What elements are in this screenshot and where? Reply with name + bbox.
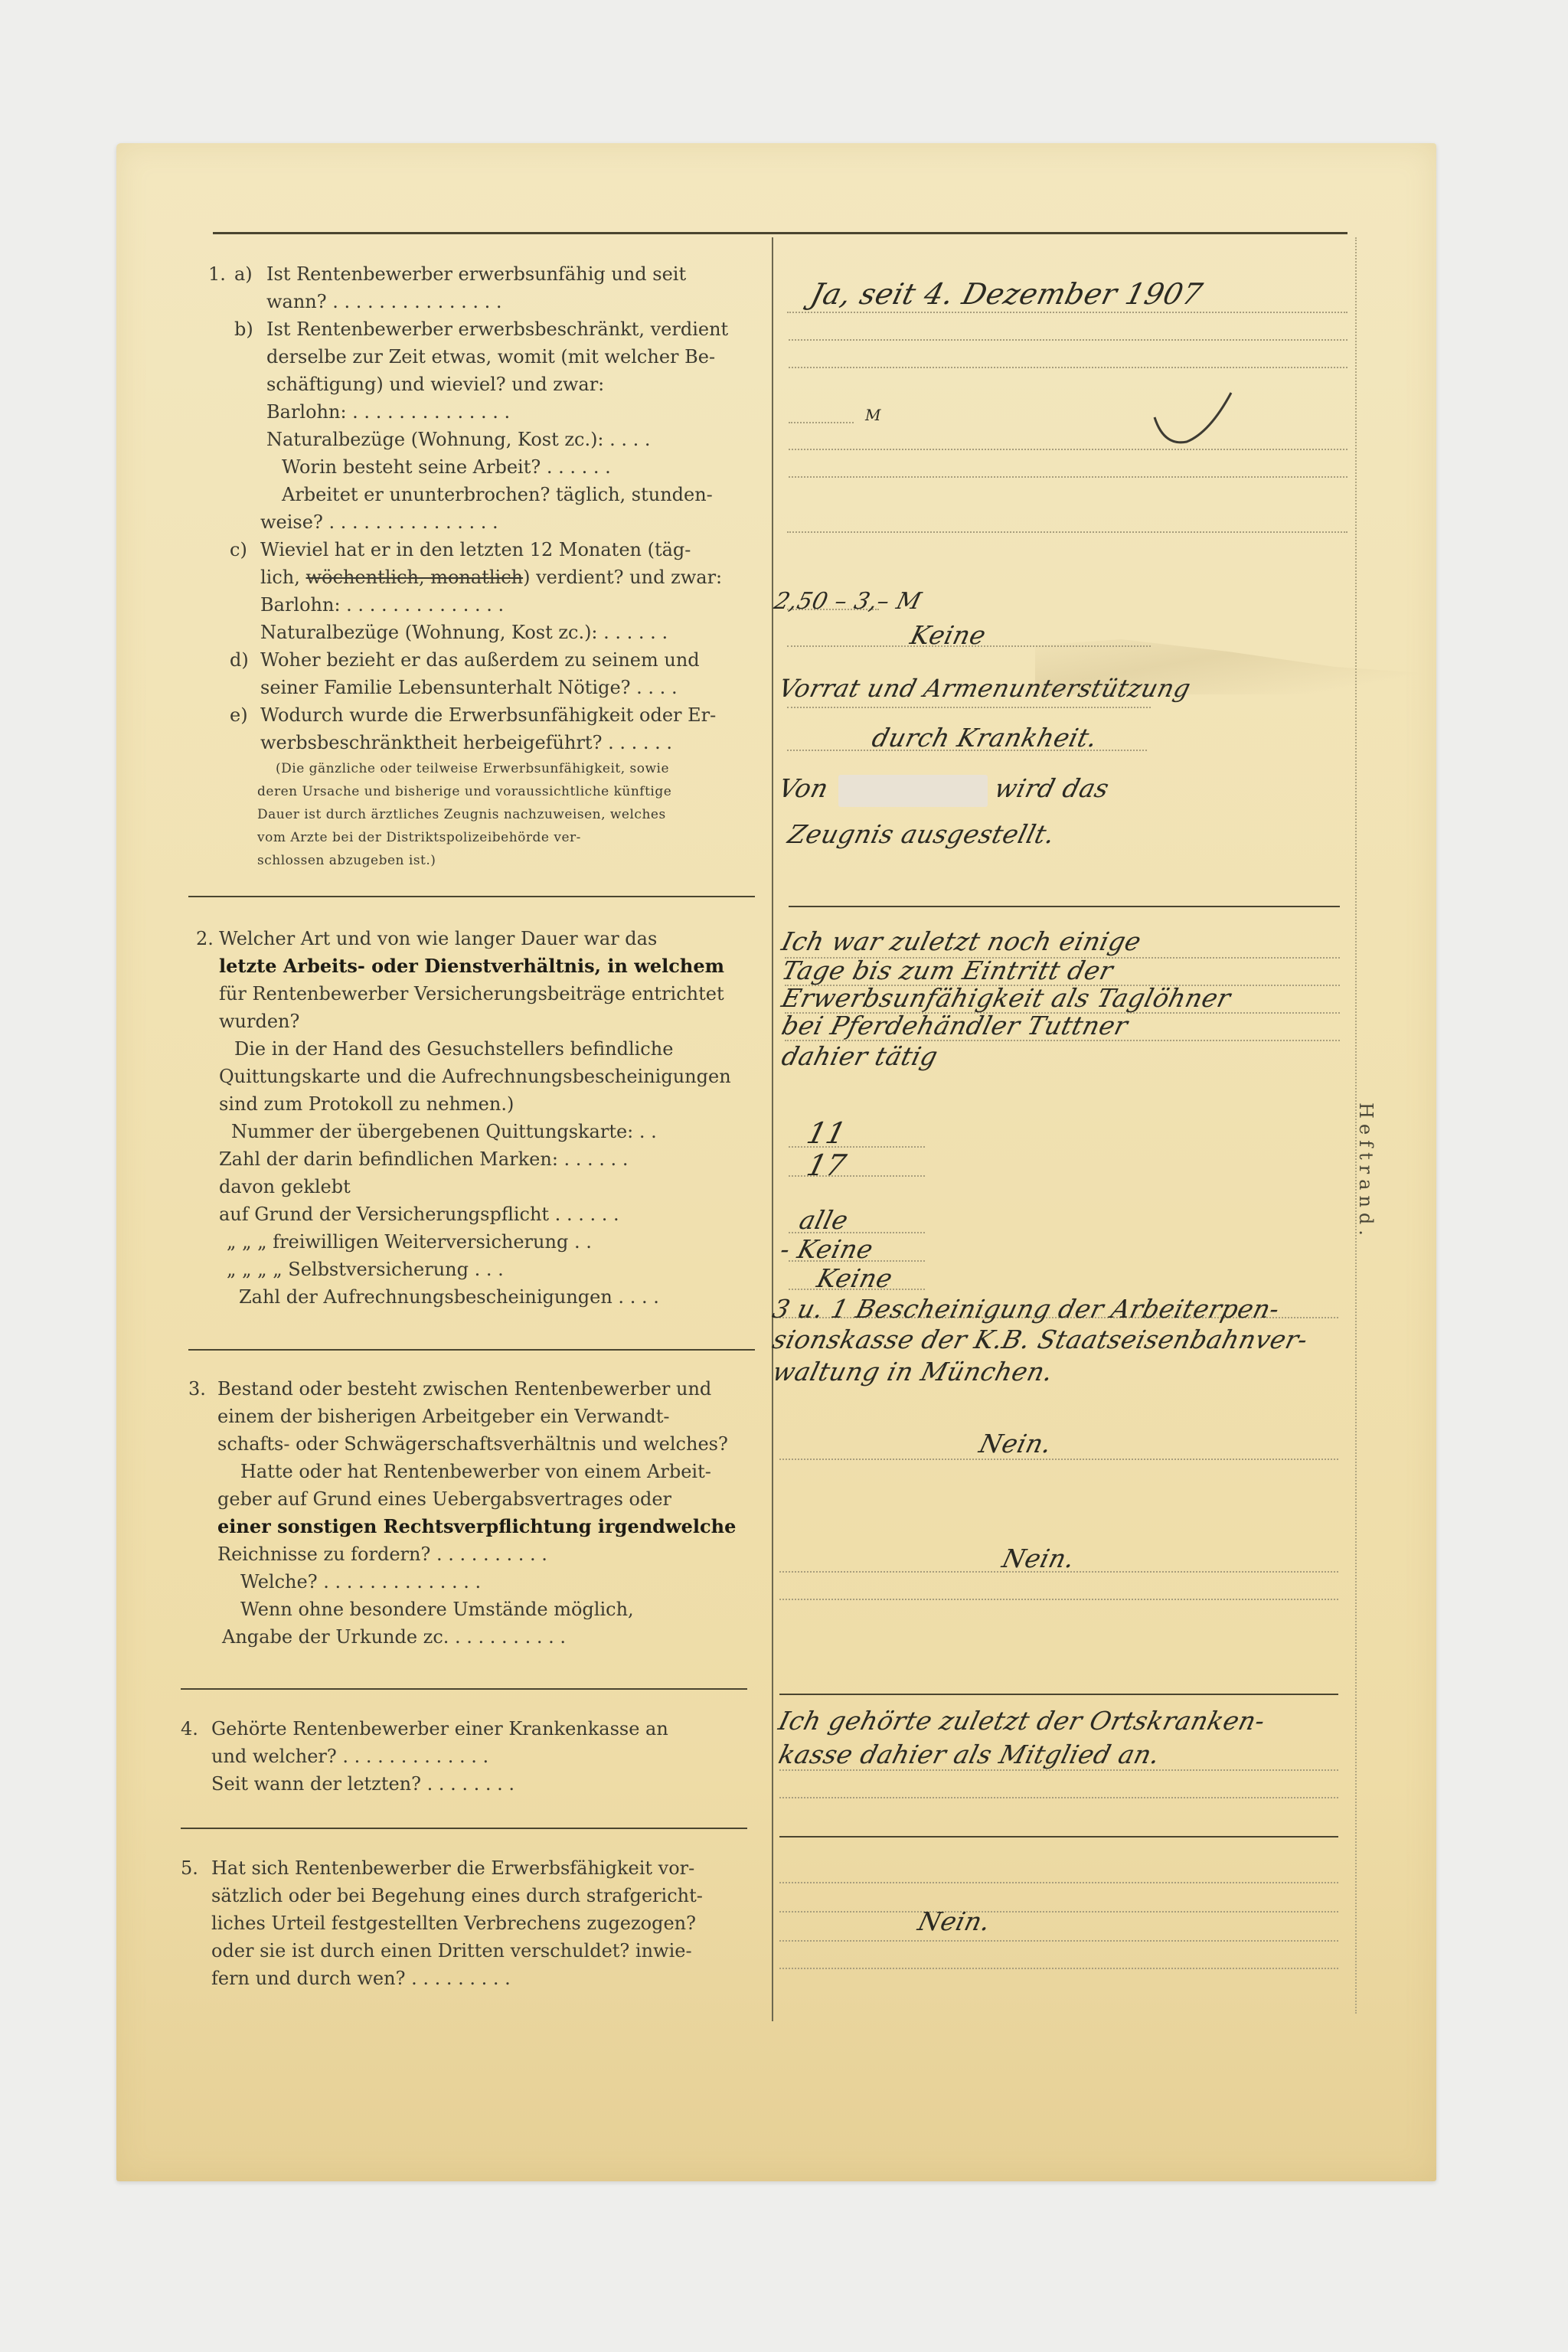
q1c-line-2: lich, wöchentlich, monatlich) verdient? … <box>260 563 722 592</box>
answer-2-certificates-3: waltung in München. <box>769 1357 1057 1387</box>
question-number: 2. <box>196 925 214 953</box>
q3-line-4: Hatte oder hat Rentenbewerber von einem … <box>240 1458 711 1486</box>
question-number: 5. <box>181 1854 198 1883</box>
q1c-line-1: Wieviel hat er in den letzten 12 Monaten… <box>260 536 691 564</box>
q1e-line-1: Wodurch wurde die Erwerbsunfähigkeit ode… <box>260 701 716 730</box>
answer-line <box>779 1911 1338 1913</box>
question-number: 4. <box>181 1715 198 1743</box>
q2-line-2: letzte Arbeits- oder Dienstverhältnis, i… <box>219 952 724 981</box>
q4-line-2: und welcher? . . . . . . . . . . . . . <box>211 1743 488 1771</box>
q2-line-3: für Rentenbewerber Versicherungsbeiträge… <box>219 980 724 1008</box>
answer-1b-currency: M <box>865 406 880 424</box>
answer-line <box>789 449 1347 450</box>
answer-1e-prefix: Von <box>776 773 831 803</box>
answer-2-employment-3: Erwerbsunfähigkeit als Taglöhner <box>779 983 1234 1013</box>
q3-line-5: geber auf Grund eines Uebergabsvertrages… <box>217 1485 671 1514</box>
section-divider-4-right <box>779 1836 1338 1837</box>
section-divider-4-left <box>181 1828 747 1829</box>
q3-line-2: einem der bisherigen Arbeitgeber ein Ver… <box>217 1403 670 1431</box>
top-rule <box>213 232 1347 234</box>
answer-line <box>779 1940 1338 1942</box>
q1b-line-2: derselbe zur Zeit etwas, womit (mit welc… <box>266 343 715 371</box>
part-label-e: e) <box>230 701 248 730</box>
q5-line-1: Hat sich Rentenbewerber die Erwerbsfähig… <box>211 1854 694 1883</box>
q3-line-7: Reichnisse zu fordern? . . . . . . . . .… <box>217 1540 547 1569</box>
answer-2-self-insurance: Keine <box>814 1263 896 1293</box>
answer-1e-suffix: wird das <box>991 773 1112 803</box>
q3-line-9: Wenn ohne besondere Umstände möglich, <box>240 1596 634 1624</box>
answer-line <box>789 476 1347 478</box>
answer-line <box>779 1459 1338 1460</box>
q5-line-2: sätzlich oder bei Begehung eines durch s… <box>211 1882 703 1910</box>
answer-2-certificates-1: 3 u. 1 Bescheinigung der Arbeiterpen- <box>769 1294 1282 1324</box>
q1b-line-5: Naturalbezüge (Wohnung, Kost zc.): . . .… <box>266 426 651 454</box>
answer-1c-barlohn: 2,50 – 3,– M <box>772 588 924 615</box>
answer-line <box>779 1968 1338 1969</box>
q3-line-10: Angabe der Urkunde zc. . . . . . . . . .… <box>222 1623 566 1651</box>
q1a-line-1: Ist Rentenbewerber erwerbsunfähig und se… <box>266 260 686 289</box>
part-label-d: d) <box>230 646 249 675</box>
section-divider-1-left <box>188 896 755 897</box>
section-divider-3-left <box>181 1688 747 1690</box>
q2-line-13: „ „ „ „ Selbstversicherung . . . <box>227 1256 504 1284</box>
answer-2-employment-1: Ich war zuletzt noch einige <box>779 926 1145 956</box>
answer-line <box>787 312 1347 313</box>
section-divider-3-right <box>779 1694 1338 1695</box>
answer-line <box>779 1882 1338 1883</box>
q1b-line-3: schäftigung) und wieviel? und zwar: <box>266 371 604 399</box>
q2-line-7: sind zum Protokoll zu nehmen.) <box>219 1090 514 1119</box>
q1b-line-7: Arbeitet er ununterbrochen? täglich, stu… <box>282 481 713 509</box>
binding-margin-label: Heftrand. <box>1355 1102 1377 1241</box>
answer-line <box>779 1769 1338 1771</box>
answer-line <box>787 531 1347 533</box>
q3-line-6: einer sonstigen Rechtsverpflichtung irge… <box>217 1513 736 1541</box>
answer-2-compulsory: alle <box>796 1205 851 1235</box>
q5-line-3: liches Urteil festgestellten Verbrechens… <box>211 1909 696 1938</box>
redacted-name <box>838 775 988 807</box>
q2-line-14: Zahl der Aufrechnungsbescheinigungen . .… <box>239 1283 659 1312</box>
q1b-line-6: Worin besteht seine Arbeit? . . . . . . <box>282 453 611 482</box>
answer-line <box>789 367 1347 368</box>
checkmark-icon <box>1148 387 1240 448</box>
q1d-line-1: Woher bezieht er das außerdem zu seinem … <box>260 646 700 675</box>
q1e-line-2: werbsbeschränktheit herbeigeführt? . . .… <box>260 729 672 757</box>
q1a-line-2: wann? . . . . . . . . . . . . . . . <box>266 288 502 316</box>
answer-1d: Vorrat und Armenunterstützung <box>776 674 1194 703</box>
q2-line-5: Die in der Hand des Gesuchstellers befin… <box>234 1035 673 1063</box>
answer-2-certificates-2: sionskasse der K.B. Staatseisenbahnver- <box>769 1325 1311 1354</box>
answer-4-line-2: kasse dahier als Mitglied an. <box>776 1739 1163 1769</box>
part-label-b: b) <box>234 315 253 344</box>
answer-1c-natural: Keine <box>907 620 989 650</box>
q4-line-1: Gehörte Rentenbewerber einer Krankenkass… <box>211 1715 668 1743</box>
answer-2-employment-5: dahier tätig <box>779 1041 941 1071</box>
struck-text: wöchentlich, monatlich <box>306 567 524 588</box>
q2-line-4: wurden? <box>219 1008 299 1036</box>
question-number: 1. <box>208 260 226 289</box>
q3-line-3: schafts- oder Schwägerschaftsverhältnis … <box>217 1430 728 1459</box>
q2-line-11: auf Grund der Versicherungspflicht . . .… <box>219 1200 619 1229</box>
answer-4-line-1: Ich gehörte zuletzt der Ortskranken- <box>776 1706 1269 1736</box>
answer-2-employment-2: Tage bis zum Eintritt der <box>779 955 1116 985</box>
answer-1e-line-1: durch Krankheit. <box>869 723 1101 753</box>
answer-2-voluntary: - Keine <box>777 1234 877 1264</box>
q1b-line-8: weise? . . . . . . . . . . . . . . . <box>260 508 498 537</box>
answer-3-claims: Nein. <box>999 1543 1078 1573</box>
part-label-a: a) <box>234 260 253 289</box>
answer-1a: Ja, seit 4. Dezember 1907 <box>808 277 1207 311</box>
q1b-line-4: Barlohn: . . . . . . . . . . . . . . <box>266 398 510 426</box>
q2-line-10: davon geklebt <box>219 1173 351 1201</box>
q1c-line-4: Naturalbezüge (Wohnung, Kost zc.): . . .… <box>260 619 668 647</box>
answer-line <box>779 1797 1338 1798</box>
q3-line-1: Bestand oder besteht zwischen Rentenbewe… <box>217 1375 711 1403</box>
answer-5: Nein. <box>915 1906 994 1936</box>
section-divider-2-left <box>188 1349 755 1351</box>
q5-line-4: oder sie ist durch einen Dritten verschu… <box>211 1937 692 1965</box>
q2-line-8: Nummer der übergebenen Quittungskarte: .… <box>231 1118 657 1146</box>
q3-line-8: Welche? . . . . . . . . . . . . . . <box>240 1568 481 1596</box>
part-label-c: c) <box>230 536 247 564</box>
q2-line-1: Welcher Art und von wie langer Dauer war… <box>219 925 657 953</box>
section-divider-1-right <box>789 906 1340 907</box>
question-number: 3. <box>188 1375 206 1403</box>
answer-2-employment-4: bei Pferdehändler Tuttner <box>779 1011 1131 1040</box>
answer-3-relation: Nein. <box>976 1429 1055 1459</box>
q2-line-9: Zahl der darin befindlichen Marken: . . … <box>219 1145 628 1174</box>
answer-line <box>789 422 854 423</box>
q1-note-5: schlossen abzugeben ist.) <box>257 847 436 875</box>
q5-line-5: fern und durch wen? . . . . . . . . . <box>211 1965 511 1993</box>
answer-line <box>787 707 1151 708</box>
q1b-line-1: Ist Rentenbewerber erwerbsbeschränkt, ve… <box>266 315 728 344</box>
answer-1e-line-3: Zeugnis ausgestellt. <box>785 819 1058 849</box>
q1d-line-2: seiner Familie Lebensunterhalt Nötige? .… <box>260 674 678 702</box>
q2-line-6: Quittungskarte und die Aufrechnungsbesch… <box>219 1063 731 1091</box>
q2-line-12: „ „ „ freiwilligen Weiterversicherung . … <box>227 1228 592 1256</box>
answer-line <box>779 1599 1338 1600</box>
q4-line-3: Seit wann der letzten? . . . . . . . . <box>211 1770 514 1798</box>
q1c-line-3: Barlohn: . . . . . . . . . . . . . . <box>260 591 504 619</box>
column-divider <box>772 237 773 2021</box>
answer-line <box>789 339 1347 341</box>
